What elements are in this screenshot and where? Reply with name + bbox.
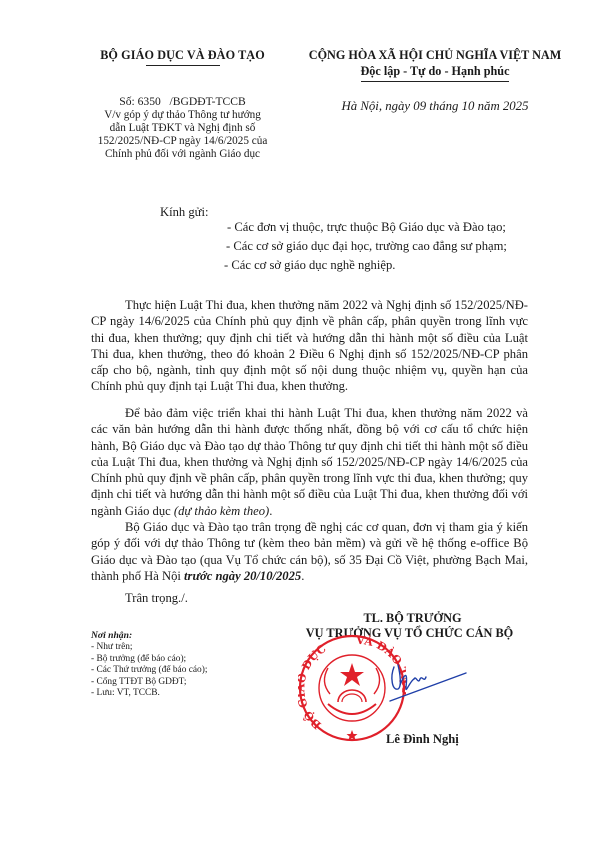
paragraph-2-text: Để bảo đảm việc triển khai thi hành Luật…	[91, 406, 528, 518]
deadline: trước ngày 20/10/2025	[184, 569, 301, 583]
place-and-date: Hà Nội, ngày 09 tháng 10 năm 2025	[275, 99, 595, 114]
subject-line-1: V/v góp ý dự thảo Thông tư hướng	[70, 109, 295, 122]
subject-line-2: dẫn Luật TĐKT và Nghị định số	[70, 122, 295, 135]
body-paragraph-3: Bộ Giáo dục và Đào tạo trân trọng đề ngh…	[91, 519, 528, 584]
distribution-item: - Cổng TTĐT Bộ GDĐT;	[91, 677, 207, 689]
distribution-item: - Lưu: VT, TCCB.	[91, 688, 207, 700]
subject-line-3: 152/2025/NĐ-CP ngày 14/6/2025 của	[70, 135, 295, 148]
header-right: CỘNG HÒA XÃ HỘI CHỦ NGHĨA VIỆT NAM Độc l…	[275, 48, 595, 114]
closing-phrase: Trân trọng./.	[125, 591, 188, 606]
recipient-item: - Các cơ sở giáo dục đại học, trường cao…	[226, 239, 507, 254]
paragraph-3-text: Bộ Giáo dục và Đào tạo trân trọng đề ngh…	[91, 520, 528, 583]
header-left: BỘ GIÁO DỤC VÀ ĐÀO TẠO Số: 6350 /BGDĐT-T…	[70, 48, 295, 162]
signing-authority: TL. BỘ TRƯỞNG	[290, 611, 535, 626]
distribution-label: Nơi nhận:	[91, 630, 132, 641]
draft-attached-note: (dự thảo kèm theo)	[174, 504, 269, 518]
distribution-item: - Như trên;	[91, 642, 207, 654]
recipients-label: Kính gửi:	[160, 205, 208, 220]
paragraph-3-end: .	[301, 569, 304, 583]
distribution-list: - Như trên; - Bộ trưởng (để báo cáo); - …	[91, 642, 207, 700]
national-title: CỘNG HÒA XÃ HỘI CHỦ NGHĨA VIỆT NAM	[275, 48, 595, 63]
recipient-item: - Các đơn vị thuộc, trực thuộc Bộ Giáo d…	[227, 220, 506, 235]
body-paragraph-2: Để bảo đảm việc triển khai thi hành Luật…	[91, 405, 528, 519]
distribution-item: - Các Thứ trưởng (để báo cáo);	[91, 665, 207, 677]
paragraph-2-end: .	[269, 504, 272, 518]
issuing-organization: BỘ GIÁO DỤC VÀ ĐÀO TẠO	[70, 48, 295, 63]
svg-text:BỘ GIÁO DỤC: BỘ GIÁO DỤC	[298, 642, 329, 732]
motto-underline	[361, 81, 509, 82]
handwritten-signature-icon	[388, 657, 468, 705]
body-paragraph-1: Thực hiện Luật Thi đua, khen thưởng năm …	[91, 297, 528, 395]
signer-name: Lê Đình Nghị	[386, 732, 459, 747]
distribution-item: - Bộ trưởng (để báo cáo);	[91, 654, 207, 666]
organization-underline	[146, 65, 220, 66]
subject-line-4: Chính phủ đối với ngành Giáo dục	[70, 148, 295, 161]
document-number: Số: 6350 /BGDĐT-TCCB	[70, 95, 295, 109]
recipient-item: - Các cơ sở giáo dục nghề nghiệp.	[224, 258, 395, 273]
national-motto: Độc lập - Tự do - Hạnh phúc	[275, 64, 595, 79]
